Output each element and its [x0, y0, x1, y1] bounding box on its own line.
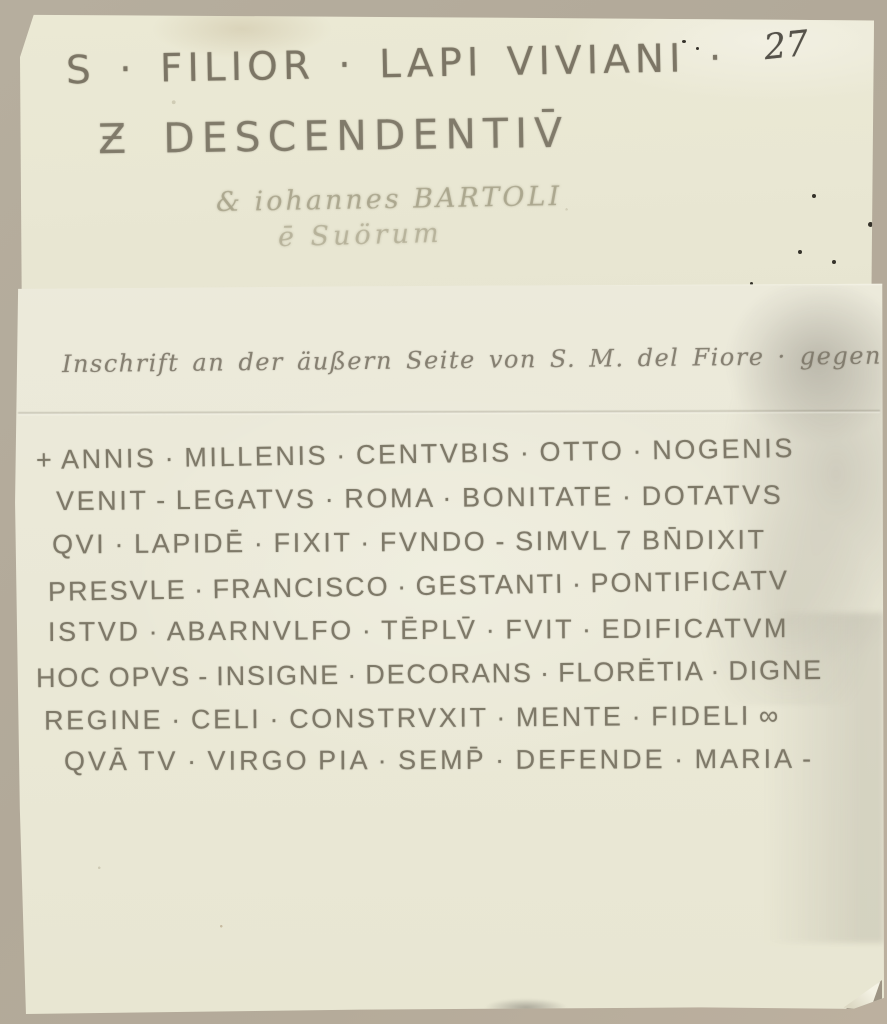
inscription-line: REGINE · CELI · CONSTRVXIT · MENTE · FID… — [44, 700, 781, 736]
tomb-title-line-2: Ƶ DESCENDENTIV̄ — [98, 109, 570, 164]
ink-speck — [798, 250, 802, 254]
ink-speck — [868, 222, 873, 227]
faint-note-line-1: & iohannes BARTOLI — [216, 181, 563, 218]
ink-speck — [812, 194, 816, 198]
inscription-line: QVĀ TV · VIRGO PIA · SEMP̄ · DEFENDE · M… — [64, 744, 814, 778]
faint-note-line-2: ē Suörum — [278, 218, 443, 253]
ink-speck — [832, 260, 836, 264]
tomb-title-line-1: S · FILIOR · LAPI VIVIANI · — [66, 36, 727, 94]
ink-speck — [682, 40, 686, 43]
inscription-line: VENIT - LEGATVS · ROMA · BONITATE · DOTA… — [56, 480, 784, 517]
page-number: 27 — [762, 24, 810, 68]
bottom-edge-smudge — [462, 992, 622, 1014]
upper-note-sheet: S · FILIOR · LAPI VIVIANI · Ƶ DESCENDENT… — [20, 12, 874, 294]
scanned-document: S · FILIOR · LAPI VIVIANI · Ƶ DESCENDENT… — [0, 0, 887, 1024]
folded-corner — [842, 980, 882, 1012]
ink-speck — [696, 47, 699, 50]
inscription-sheet: Inschrift an der äußern Seite von S. M. … — [12, 283, 884, 1014]
inscription-line: ISTVD · ABARNVLFO · TĒPLV̄ · FVIT · EDIF… — [48, 613, 789, 648]
inscription-line: QVI · LAPIDĒ · FIXIT · FVNDO - SIMVL 7 B… — [52, 525, 767, 561]
